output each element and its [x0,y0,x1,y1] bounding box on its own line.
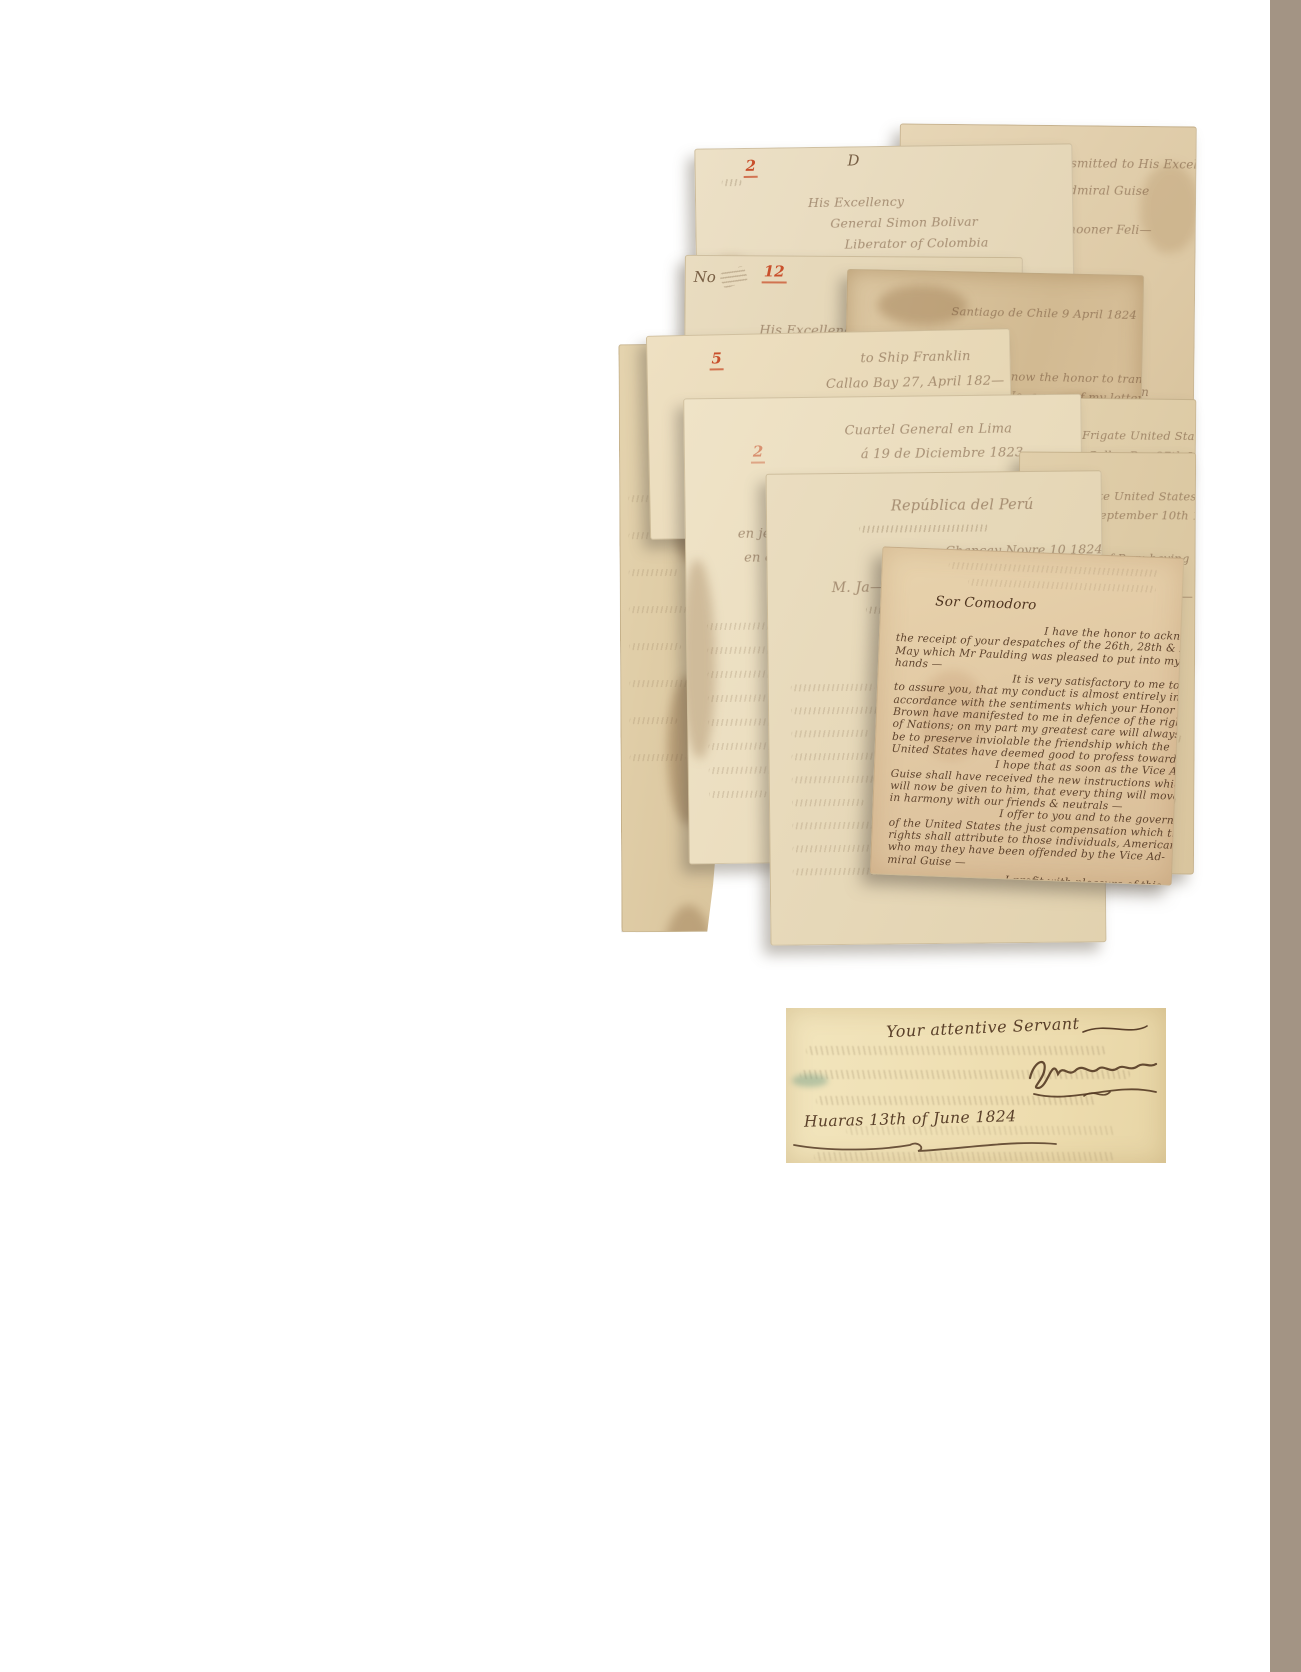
closing-line: Your attentive Servant [886,1014,1080,1041]
faded-handwriting [630,754,686,761]
faded-handwriting [629,680,689,687]
faded-handwriting [792,845,872,853]
pen-flourish [1081,1020,1151,1038]
ink-smudge [792,1074,828,1087]
faded-handwriting [859,524,989,532]
faded-handwriting [791,707,887,715]
signature-flourish [1024,1048,1164,1106]
signature-detail-crop: Your attentive Servant Huaras 13th of Ju… [786,1008,1166,1163]
faded-handwriting [629,569,679,576]
faded-handwriting [629,717,677,724]
ink-no-mark: No [694,268,716,286]
handwriting-line: Liberator of Colombia [844,231,1054,255]
faded-handwriting [708,694,768,702]
salutation: Sor Comodoro [935,593,1037,613]
faded-handwriting [791,684,875,692]
faded-handwriting [707,646,771,654]
faded-handwriting [792,822,884,830]
faded-handwriting [629,606,687,613]
faded-handwriting [709,790,767,798]
handwriting-line: Callao Bay 27, April 182— [826,368,1006,397]
faded-handwriting [949,562,1159,577]
document-letter-mark: D [847,151,859,169]
handwriting-line: República del Perú [891,493,1087,517]
folio-number: 12 [762,264,787,283]
page-edge-band [1270,0,1301,1672]
handwriting-line: to Ship Franklin [860,343,1005,371]
faded-handwriting [793,868,881,876]
ink-squiggle [722,179,742,186]
handwriting-line: Santiago de Chile 9 April 1824 [951,302,1135,325]
handwriting-line: Cuartel General en Lima [844,417,1062,444]
manuscript-sheet-front-letter: Sor Comodoro I have the honor to acknowl… [870,546,1184,885]
faded-handwriting [708,742,774,750]
paper-stain [662,905,715,932]
faded-handwriting [792,799,864,807]
faded-handwriting [629,643,681,650]
folio-number: 2 [743,159,758,178]
faded-handwriting [968,579,1156,593]
catalog-page: List of Documents transmitted to His Exc… [0,0,1301,1672]
faded-handwriting [791,753,881,761]
dateline-underline-flourish [792,1136,1062,1154]
faded-handwriting [791,730,869,738]
ink-strokes [719,265,749,289]
